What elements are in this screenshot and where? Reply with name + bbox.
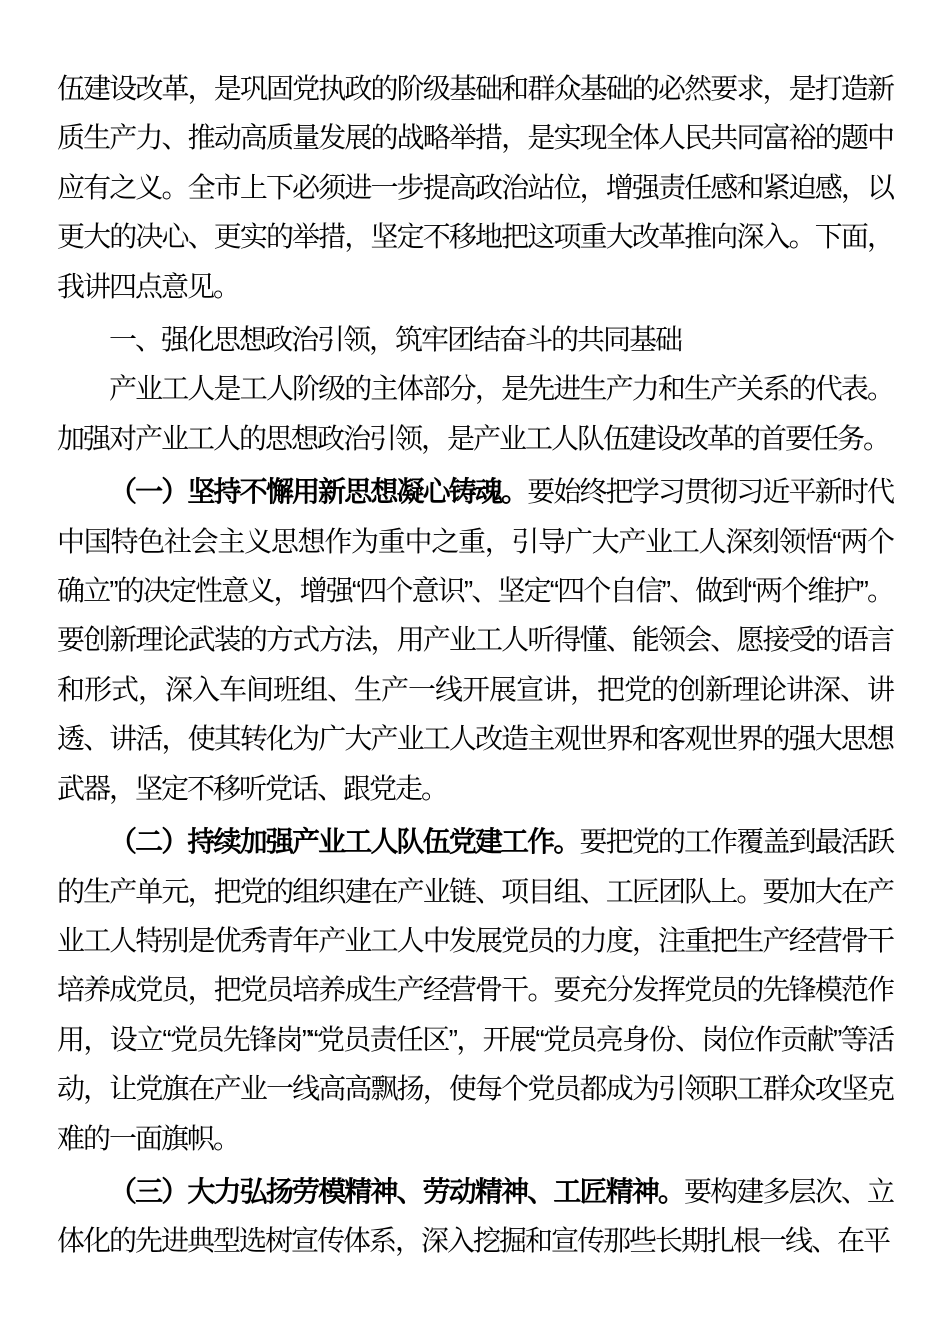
subsection-2-bold-lead: （二）持续加强产业工人队伍党建工作。 xyxy=(109,826,579,857)
document-page: 伍建设改革，是巩固党执政的阶级基础和群众基础的必然要求，是打造新质生产力、推动高… xyxy=(0,0,950,1344)
subsection-3-bold-lead: （三）大力弘扬劳模精神、劳动精神、工匠精神。 xyxy=(109,1176,684,1207)
section-heading-1: 一、强化思想政治引领，筑牢团结奋斗的共同基础 xyxy=(57,315,893,364)
paragraph-continuation: 伍建设改革，是巩固党执政的阶级基础和群众基础的必然要求，是打造新质生产力、推动高… xyxy=(57,64,893,311)
paragraph-text: 产业工人是工人阶级的主体部分，是先进生产力和生产关系的代表。加强对产业工人的思想… xyxy=(57,373,893,453)
section-heading-text: 一、强化思想政治引领，筑牢团结奋斗的共同基础 xyxy=(109,324,681,355)
paragraph-subsection-1: （一）坚持不懈用新思想凝心铸魂。要始终把学习贯彻习近平新时代中国特色社会主义思想… xyxy=(57,467,893,813)
paragraph-subsection-3: （三）大力弘扬劳模精神、劳动精神、工匠精神。要构建多层次、立体化的先进典型选树宣… xyxy=(57,1167,893,1266)
paragraph-intro: 产业工人是工人阶级的主体部分，是先进生产力和生产关系的代表。加强对产业工人的思想… xyxy=(57,364,893,463)
paragraph-subsection-2: （二）持续加强产业工人队伍党建工作。要把党的工作覆盖到最活跃的生产单元，把党的组… xyxy=(57,817,893,1163)
paragraph-text: 伍建设改革，是巩固党执政的阶级基础和群众基础的必然要求，是打造新质生产力、推动高… xyxy=(57,73,893,302)
paragraph-text: 要始终把学习贯彻习近平新时代中国特色社会主义思想作为重中之重，引导广大产业工人深… xyxy=(57,476,893,803)
subsection-1-bold-lead: （一）坚持不懈用新思想凝心铸魂。 xyxy=(109,476,527,507)
paragraph-text: 要把党的工作覆盖到最活跃的生产单元，把党的组织建在产业链、项目组、工匠团队上。要… xyxy=(57,826,893,1153)
